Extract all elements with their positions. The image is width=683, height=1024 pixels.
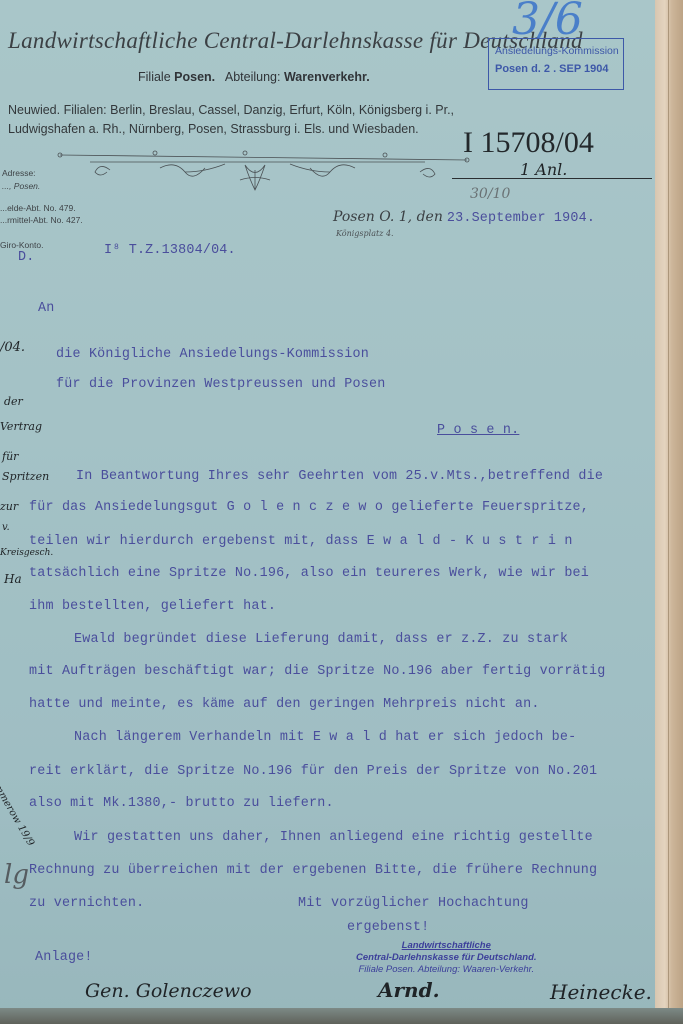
closing-line-2: ergebenst! bbox=[347, 920, 429, 935]
giro-value: D. bbox=[18, 250, 34, 265]
body-line: Nach längerem Verhandeln mit E w a l d h… bbox=[74, 730, 576, 745]
body-line: hatte und meinte, es käme auf den gering… bbox=[29, 697, 540, 712]
body-line: also mit Mk.1380,- brutto zu liefern. bbox=[29, 796, 334, 811]
margin-note: Vertrag bbox=[0, 420, 42, 433]
recipient-city: P o s e n. bbox=[437, 423, 519, 438]
branches-line-2: Ludwigshafen a. Rh., Nürnberg, Posen, St… bbox=[8, 122, 419, 136]
margin-note: Spritzen bbox=[2, 470, 49, 483]
address-label: Adresse: bbox=[2, 168, 36, 178]
page-edge bbox=[655, 0, 683, 1024]
body-line: für das Ansiedelungsgut G o l e n c z e … bbox=[29, 500, 589, 515]
salutation: An bbox=[38, 301, 54, 316]
our-reference: I⁸ T.Z.13804/04. bbox=[104, 243, 236, 258]
company-stamp: Landwirtschaftliche Central-Darlehnskass… bbox=[356, 940, 537, 976]
journal-number: I 15708/04 bbox=[463, 126, 594, 160]
margin-note: der bbox=[4, 395, 23, 408]
phone-line-2: ...rmittel-Abt. No. 427. bbox=[0, 215, 83, 225]
letter-page: Landwirtschaftliche Central-Darlehnskass… bbox=[0, 0, 655, 1024]
phone-line-1: ...elde-Abt. No. 479. bbox=[0, 203, 76, 213]
body-line: teilen wir hierdurch ergebenst mit, dass… bbox=[29, 534, 573, 549]
body-line: In Beantwortung Ihres sehr Geehrten vom … bbox=[76, 469, 603, 484]
branches-line-1: Neuwied. Filialen: Berlin, Breslau, Cass… bbox=[8, 103, 454, 117]
margin-note: lg bbox=[4, 860, 29, 890]
ornament-divider-icon bbox=[55, 150, 475, 195]
body-line: reit erklärt, die Spritze No.196 für den… bbox=[29, 764, 597, 779]
body-line: Wir gestatten uns daher, Ihnen anliegend… bbox=[74, 830, 593, 845]
margin-note: v. bbox=[2, 522, 10, 533]
margin-note: zur bbox=[0, 500, 18, 513]
margin-note: für bbox=[2, 450, 18, 463]
address-value: ..., Posen. bbox=[2, 181, 40, 191]
date-line: Posen O. 1, den 23.September 1904. bbox=[333, 208, 595, 226]
margin-note: /04. bbox=[0, 340, 25, 355]
body-line: zu vernichten. bbox=[29, 896, 144, 911]
signature-right: Heinecke. bbox=[550, 980, 652, 1004]
page-edge-line bbox=[668, 0, 669, 1024]
recipient-line-2: für die Provinzen Westpreussen und Posen bbox=[56, 377, 385, 392]
body-line: Rechnung zu überreichen mit der ergebene… bbox=[29, 863, 597, 878]
underline-rule bbox=[452, 178, 652, 179]
received-stamp: Ansiedelungs-Kommission Posen d. 2 . SEP… bbox=[488, 38, 624, 90]
blue-crayon-note: 3/6 bbox=[512, 0, 583, 45]
signature-left: Gen. Golenczewo bbox=[85, 980, 252, 1002]
bottom-edge bbox=[0, 1008, 683, 1024]
margin-note: Kreisgesch. bbox=[0, 548, 53, 558]
body-line: Ewald begründet diese Lieferung damit, d… bbox=[74, 632, 568, 647]
street-address: Königsplatz 4. bbox=[336, 229, 394, 238]
closing-line-1: Mit vorzüglicher Hochachtung bbox=[298, 896, 529, 911]
body-line: tatsächlich eine Spritze No.196, also ei… bbox=[29, 566, 589, 581]
giro-label: Giro-Konto. bbox=[0, 240, 43, 250]
margin-note: Ha bbox=[4, 572, 22, 586]
pencil-note: 30/10 bbox=[470, 186, 510, 202]
enclosure-note: 1 Anl. bbox=[520, 160, 567, 179]
signature-mid: Arnd. bbox=[378, 978, 440, 1002]
letterhead-branch: Filiale Posen. Abteilung: Warenverkehr. bbox=[138, 70, 370, 84]
body-line: ihm bestellten, geliefert hat. bbox=[29, 599, 276, 614]
recipient-line-1: die Königliche Ansiedelungs-Kommission bbox=[56, 347, 369, 362]
body-line: mit Aufträgen beschäftigt war; die Sprit… bbox=[29, 664, 606, 679]
enclosure-label: Anlage! bbox=[35, 950, 93, 965]
